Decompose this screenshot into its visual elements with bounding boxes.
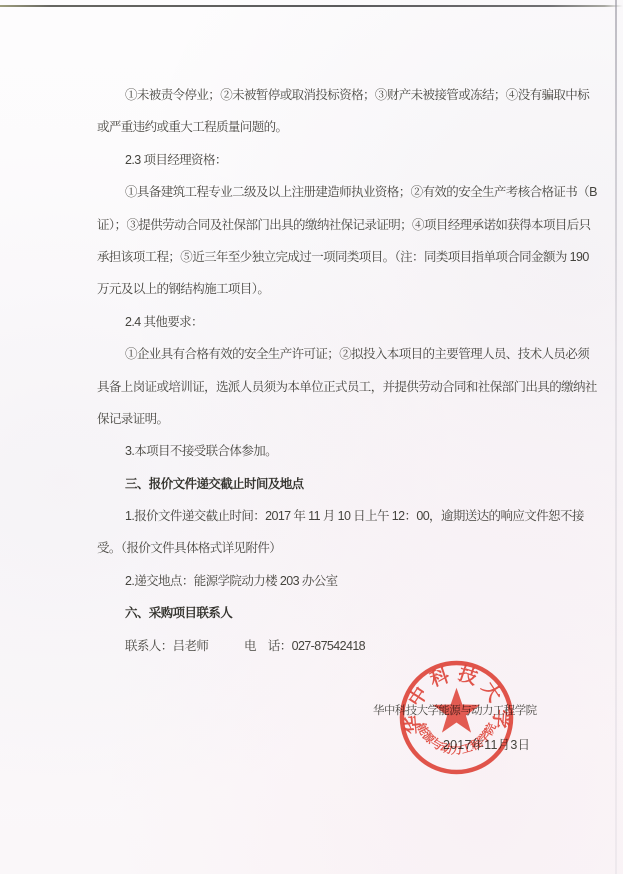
other-requirements-line-3: 保记录证明。: [97, 403, 559, 435]
project-manager-qualification-heading: 2.3 项目经理资格：: [97, 144, 559, 176]
document-body: ①未被责令停业；②未被暂停或取消投标资格；③财产未被接管或冻结；④没有骗取中标 …: [97, 79, 559, 662]
pm-qualification-line-2: 证）；③提供劳动合同及社保部门出具的缴纳社保记录证明；④项目经理承诺如获得本项目…: [97, 209, 559, 241]
other-requirements-line-2: 具备上岗证或培训证，选派人员须为本单位正式员工，并提供劳动合同和社保部门出具的缴…: [97, 371, 559, 403]
other-requirements-heading: 2.4 其他要求：: [97, 306, 559, 338]
section-heading-submission-deadline: 三、报价文件递交截止时间及地点: [97, 468, 559, 500]
no-consortium-line: 3.本项目不接受联合体参加。: [97, 435, 559, 467]
qualification-conditions-line-1: ①未被责令停业；②未被暂停或取消投标资格；③财产未被接管或冻结；④没有骗取中标: [97, 79, 559, 111]
submission-deadline-line-2: 受。（报价文件具体格式详见附件）: [97, 532, 559, 564]
star-icon: [433, 688, 480, 733]
pm-qualification-line-1: ①具备建筑工程专业二级及以上注册建造师执业资格；②有效的安全生产考核合格证书（B: [97, 176, 559, 208]
pm-qualification-line-4: 万元及以上的钢结构施工项目）。: [97, 273, 559, 305]
scan-top-edge-artifact: [0, 5, 623, 7]
official-seal-stamp: 华中科技大学 能源与动力工程学院: [397, 658, 516, 777]
pm-qualification-line-3: 承担该项工程；⑤近三年至少独立完成过一项同类项目。（注：同类项目指单项合同金额为…: [97, 241, 559, 273]
scan-right-edge-artifact: [615, 0, 617, 874]
submission-location-line: 2.递交地点：能源学院动力楼 203 办公室: [97, 565, 559, 597]
other-requirements-line-1: ①企业具有合格有效的安全生产许可证；②拟投入本项目的主要管理人员、技术人员必须: [97, 338, 559, 370]
qualification-conditions-line-2: 或严重违约或重大工程质量问题的。: [97, 111, 559, 143]
scanned-document-page: ①未被责令停业；②未被暂停或取消投标资格；③财产未被接管或冻结；④没有骗取中标 …: [0, 0, 623, 874]
seal-bottom-textpath: 能源与动力工程学院: [414, 720, 499, 756]
section-heading-contact: 六、采购项目联系人: [97, 597, 559, 629]
submission-deadline-line-1: 1.报价文件递交截止时间：2017 年 11 月 10 日上午 12：00，逾期…: [97, 500, 559, 532]
seal-bottom-text: 能源与动力工程学院: [414, 720, 499, 756]
